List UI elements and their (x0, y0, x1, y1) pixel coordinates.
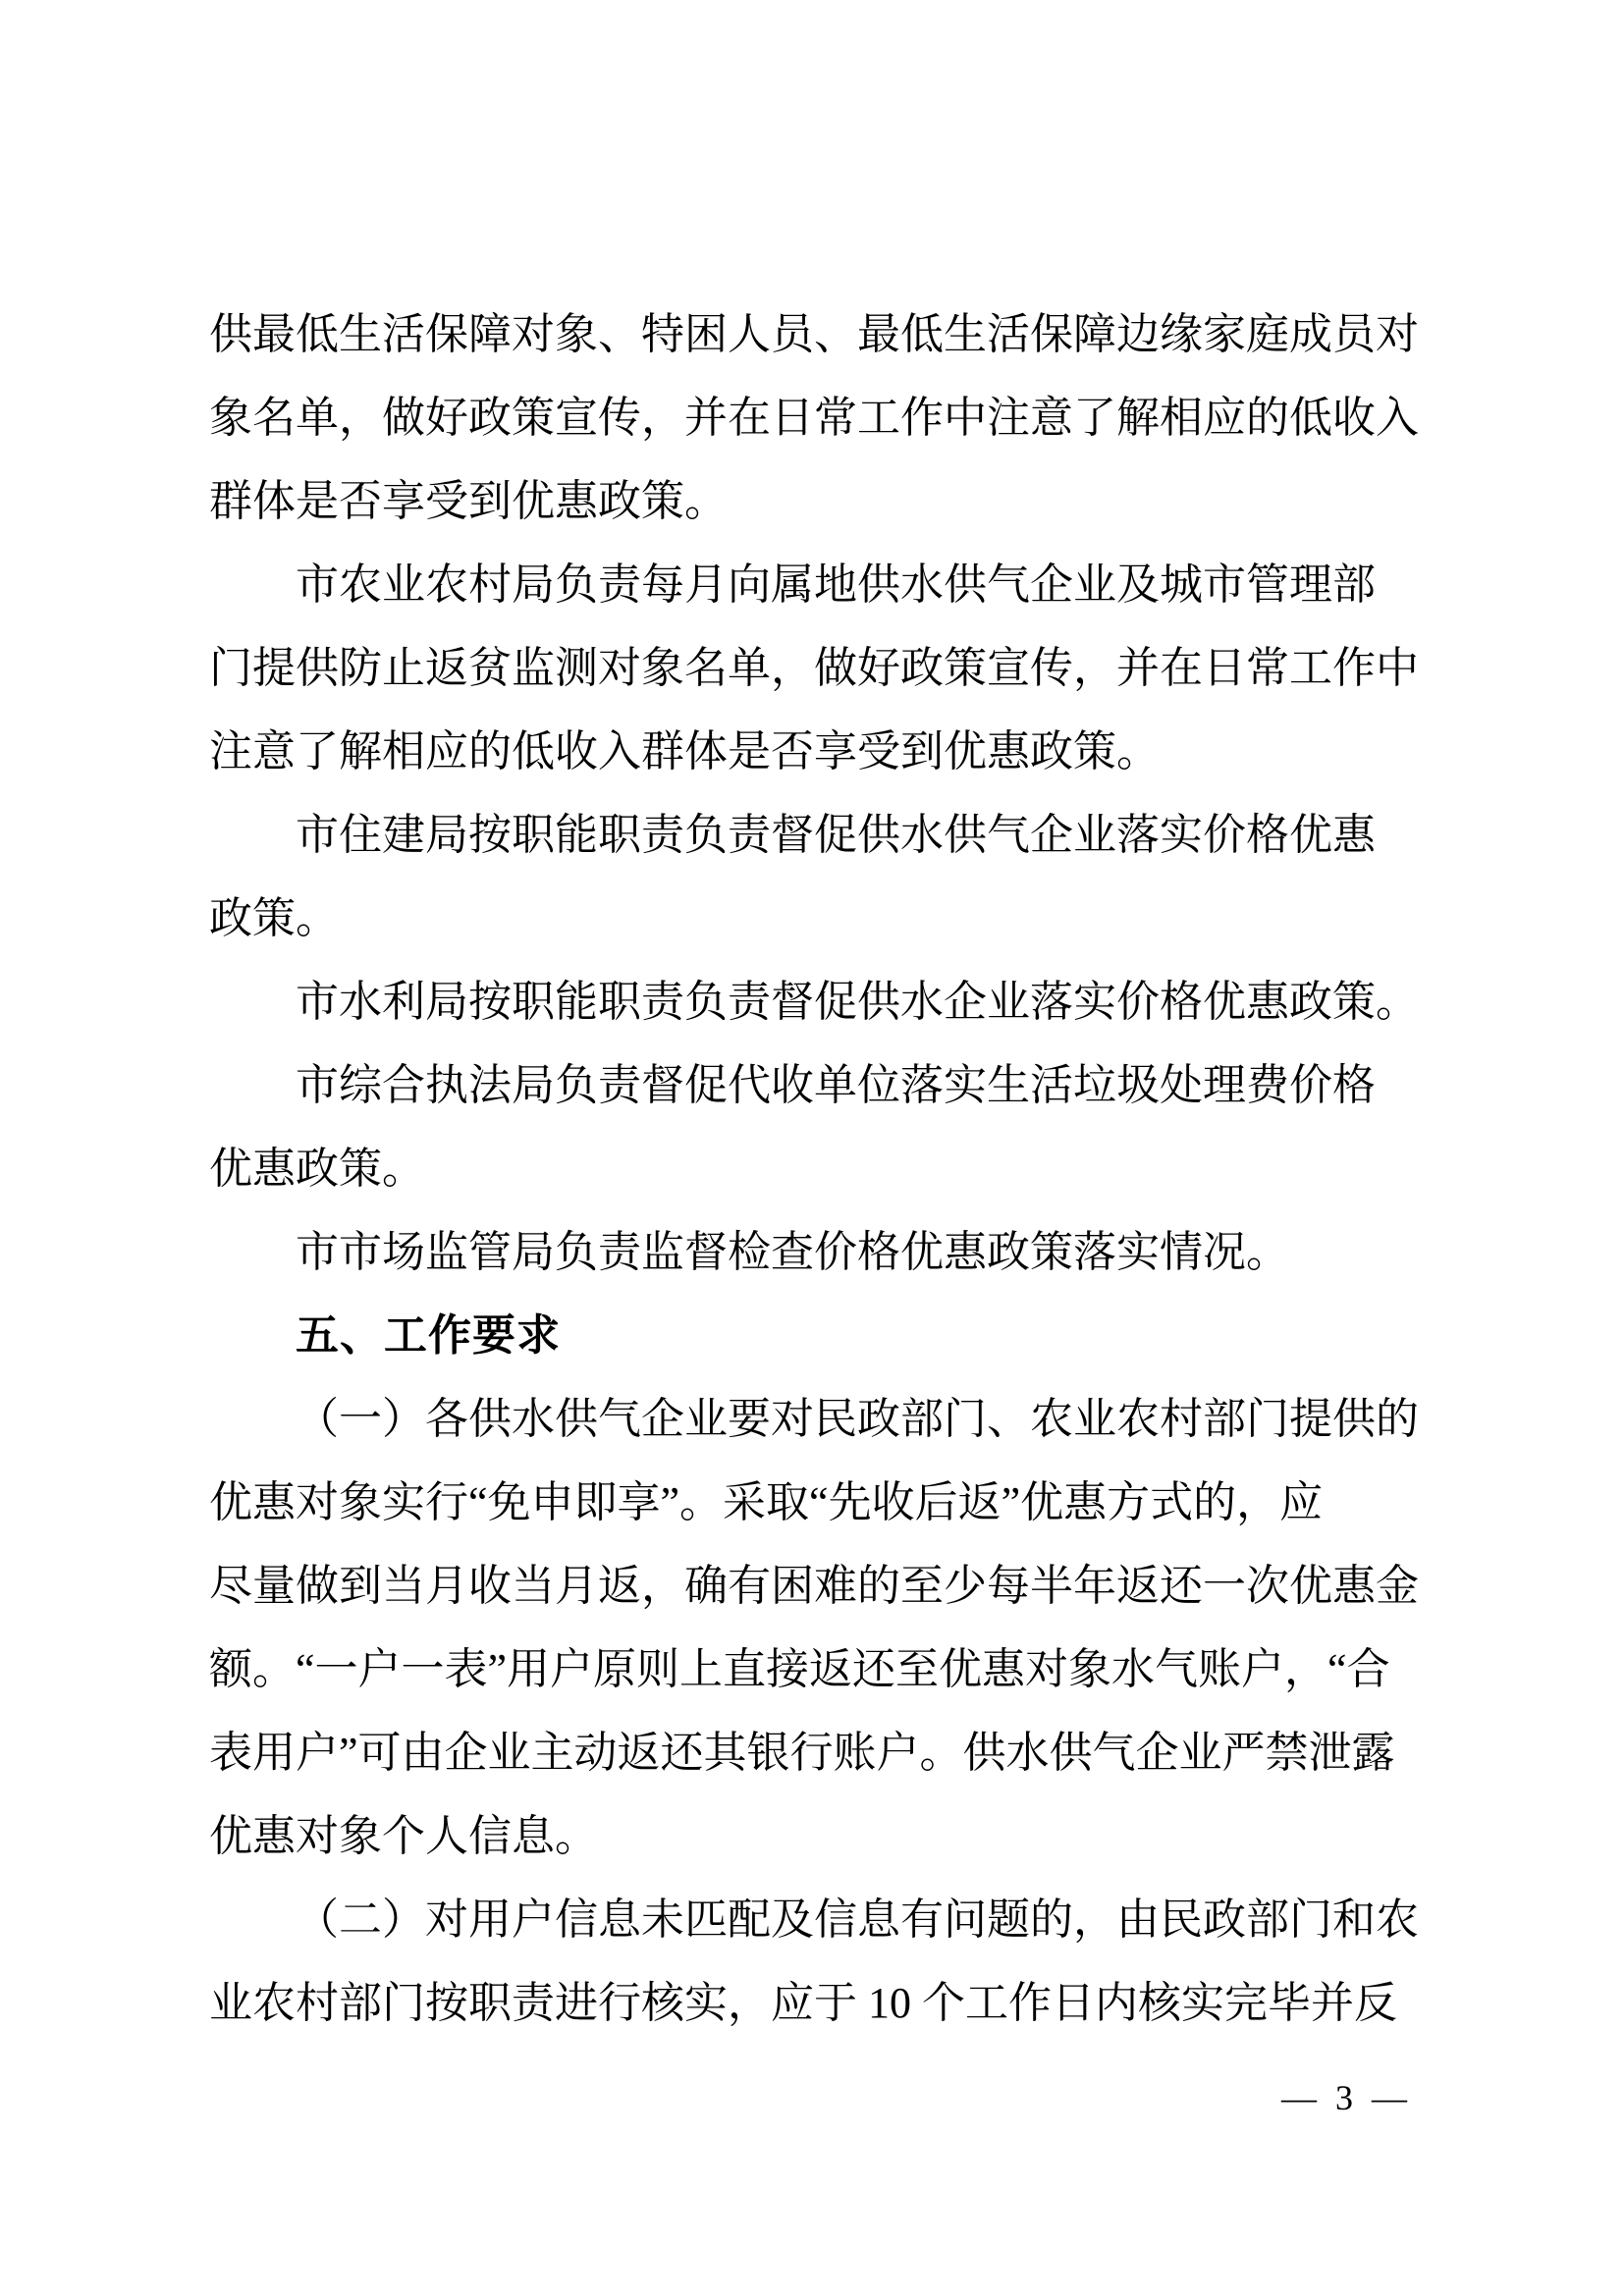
text-line: 业农村部门按职责进行核实，应于 10 个工作日内核实完毕并反 (209, 1961, 1435, 2045)
document-body: 供最低生活保障对象、特困人员、最低生活保障边缘家庭成员对象名单，做好政策宣传，并… (209, 293, 1435, 2045)
text-line: 市水利局按职能职责负责督促供水企业落实价格优惠政策。 (209, 960, 1435, 1043)
text-line: 优惠政策。 (209, 1127, 1435, 1210)
text-line: 市综合执法局负责督促代收单位落实生活垃圾处理费价格 (209, 1043, 1435, 1127)
paragraph: 市农业农村局负责每月向属地供水供气企业及城市管理部门提供防止返贫监测对象名单，做… (209, 543, 1435, 793)
paragraph: 市市场监管局负责监督检查价格优惠政策落实情况。 (209, 1210, 1435, 1294)
text-line: 尽量做到当月收当月返，确有困难的至少每半年返还一次优惠金 (209, 1544, 1435, 1628)
paragraph: 市综合执法局负责督促代收单位落实生活垃圾处理费价格优惠政策。 (209, 1043, 1435, 1210)
paragraph: （二）对用户信息未匹配及信息有问题的，由民政部门和农业农村部门按职责进行核实，应… (209, 1878, 1435, 2045)
text-line: 优惠对象实行“免申即享”。采取“先收后返”优惠方式的，应 (209, 1461, 1435, 1544)
text-line: 象名单，做好政策宣传，并在日常工作中注意了解相应的低收入 (209, 376, 1435, 459)
paragraph: （一）各供水供气企业要对民政部门、农业农村部门提供的优惠对象实行“免申即享”。采… (209, 1377, 1435, 1878)
text-line: 政策。 (209, 877, 1435, 960)
page-number: — 3 — (1281, 2073, 1412, 2122)
document-page: 供最低生活保障对象、特困人员、最低生活保障边缘家庭成员对象名单，做好政策宣传，并… (0, 0, 1624, 2296)
text-line: 表用户”可由企业主动返还其银行账户。供水供气企业严禁泄露 (209, 1711, 1435, 1794)
paragraph: 市住建局按职能职责负责督促供水供气企业落实价格优惠政策。 (209, 793, 1435, 960)
text-line: 五、工作要求 (209, 1294, 1435, 1377)
text-line: 注意了解相应的低收入群体是否享受到优惠政策。 (209, 710, 1435, 793)
text-line: 供最低生活保障对象、特困人员、最低生活保障边缘家庭成员对 (209, 293, 1435, 376)
text-line: 市农业农村局负责每月向属地供水供气企业及城市管理部 (209, 543, 1435, 626)
text-line: 市住建局按职能职责负责督促供水供气企业落实价格优惠 (209, 793, 1435, 877)
text-line: 优惠对象个人信息。 (209, 1794, 1435, 1878)
text-line: 市市场监管局负责监督检查价格优惠政策落实情况。 (209, 1210, 1435, 1294)
text-line: （一）各供水供气企业要对民政部门、农业农村部门提供的 (209, 1377, 1435, 1461)
text-line: 额。“一户一表”用户原则上直接返还至优惠对象水气账户，“合 (209, 1628, 1435, 1711)
text-line: 门提供防止返贫监测对象名单，做好政策宣传，并在日常工作中 (209, 626, 1435, 710)
paragraph: 供最低生活保障对象、特困人员、最低生活保障边缘家庭成员对象名单，做好政策宣传，并… (209, 293, 1435, 543)
text-line: 群体是否享受到优惠政策。 (209, 459, 1435, 543)
text-line: （二）对用户信息未匹配及信息有问题的，由民政部门和农 (209, 1878, 1435, 1961)
paragraph: 市水利局按职能职责负责督促供水企业落实价格优惠政策。 (209, 960, 1435, 1043)
section-heading: 五、工作要求 (209, 1294, 1435, 1377)
